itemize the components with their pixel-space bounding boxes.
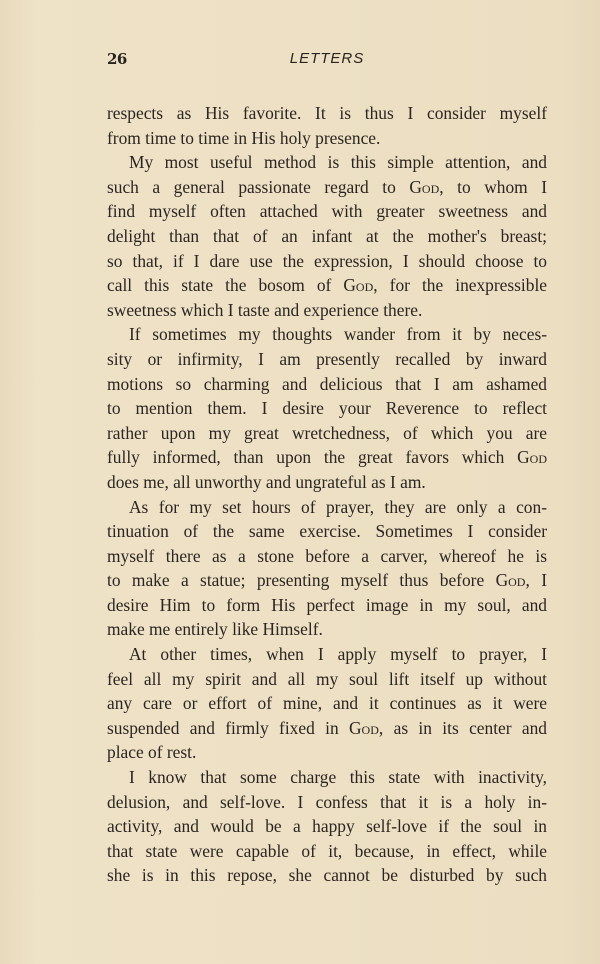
text-line: If sometimes my thoughts wander from it …: [107, 322, 547, 347]
text-line: such a general passionate regard to God,…: [107, 175, 547, 200]
paragraph: If sometimes my thoughts wander from it …: [107, 322, 547, 494]
small-caps-word: God: [496, 570, 526, 590]
text-line: to make a statue; presenting myself thus…: [107, 568, 547, 593]
body-text: respects as His favorite. It is thus I c…: [107, 101, 547, 888]
small-caps-word: God: [343, 275, 373, 295]
small-caps-word: God: [409, 177, 439, 197]
page-header: 26 LETTERS: [107, 50, 547, 72]
text-line: respects as His favorite. It is thus I c…: [107, 101, 547, 126]
text-line: from time to time in His holy presence.: [107, 126, 547, 151]
text-line: does me, all unworthy and ungrateful as …: [107, 470, 547, 495]
text-line: tinuation of the same exercise. Sometime…: [107, 519, 547, 544]
running-head: LETTERS: [107, 50, 547, 67]
text-line: delusion, and self-love. I confess that …: [107, 790, 547, 815]
text-line: sity or infirmity, I am presently recall…: [107, 347, 547, 372]
text-line: sweetness which I taste and experience t…: [107, 298, 547, 323]
text-line: rather upon my great wretchedness, of wh…: [107, 421, 547, 446]
paragraph: respects as His favorite. It is thus I c…: [107, 101, 547, 150]
text-line: feel all my spirit and all my soul lift …: [107, 667, 547, 692]
text-line: she is in this repose, she cannot be dis…: [107, 863, 547, 888]
text-line: so that, if I dare use the expression, I…: [107, 249, 547, 274]
text-line: any care or effort of mine, and it conti…: [107, 691, 547, 716]
text-line: delight than that of an infant at the mo…: [107, 224, 547, 249]
paragraph: I know that some charge this state with …: [107, 765, 547, 888]
text-line: call this state the bosom of God, for th…: [107, 273, 547, 298]
text-line: motions so charming and delicious that I…: [107, 372, 547, 397]
book-page: 26 LETTERS respects as His favorite. It …: [0, 0, 600, 964]
text-line: make me entirely like Himself.: [107, 617, 547, 642]
text-line: As for my set hours of prayer, they are …: [107, 495, 547, 520]
small-caps-word: God: [517, 447, 547, 467]
text-line: find myself often attached with greater …: [107, 199, 547, 224]
text-line: My most useful method is this simple att…: [107, 150, 547, 175]
text-line: place of rest.: [107, 740, 547, 765]
text-line: myself there as a stone before a carver,…: [107, 544, 547, 569]
text-line: that state were capable of it, because, …: [107, 839, 547, 864]
text-line: desire Him to form His perfect image in …: [107, 593, 547, 618]
text-line: fully informed, than upon the great favo…: [107, 445, 547, 470]
paragraph: My most useful method is this simple att…: [107, 150, 547, 322]
text-line: suspended and firmly fixed in God, as in…: [107, 716, 547, 741]
small-caps-word: God: [349, 718, 379, 738]
text-line: At other times, when I apply myself to p…: [107, 642, 547, 667]
text-line: activity, and would be a happy self-love…: [107, 814, 547, 839]
text-line: I know that some charge this state with …: [107, 765, 547, 790]
text-line: to mention them. I desire your Reverence…: [107, 396, 547, 421]
paragraph: As for my set hours of prayer, they are …: [107, 495, 547, 643]
paragraph: At other times, when I apply myself to p…: [107, 642, 547, 765]
